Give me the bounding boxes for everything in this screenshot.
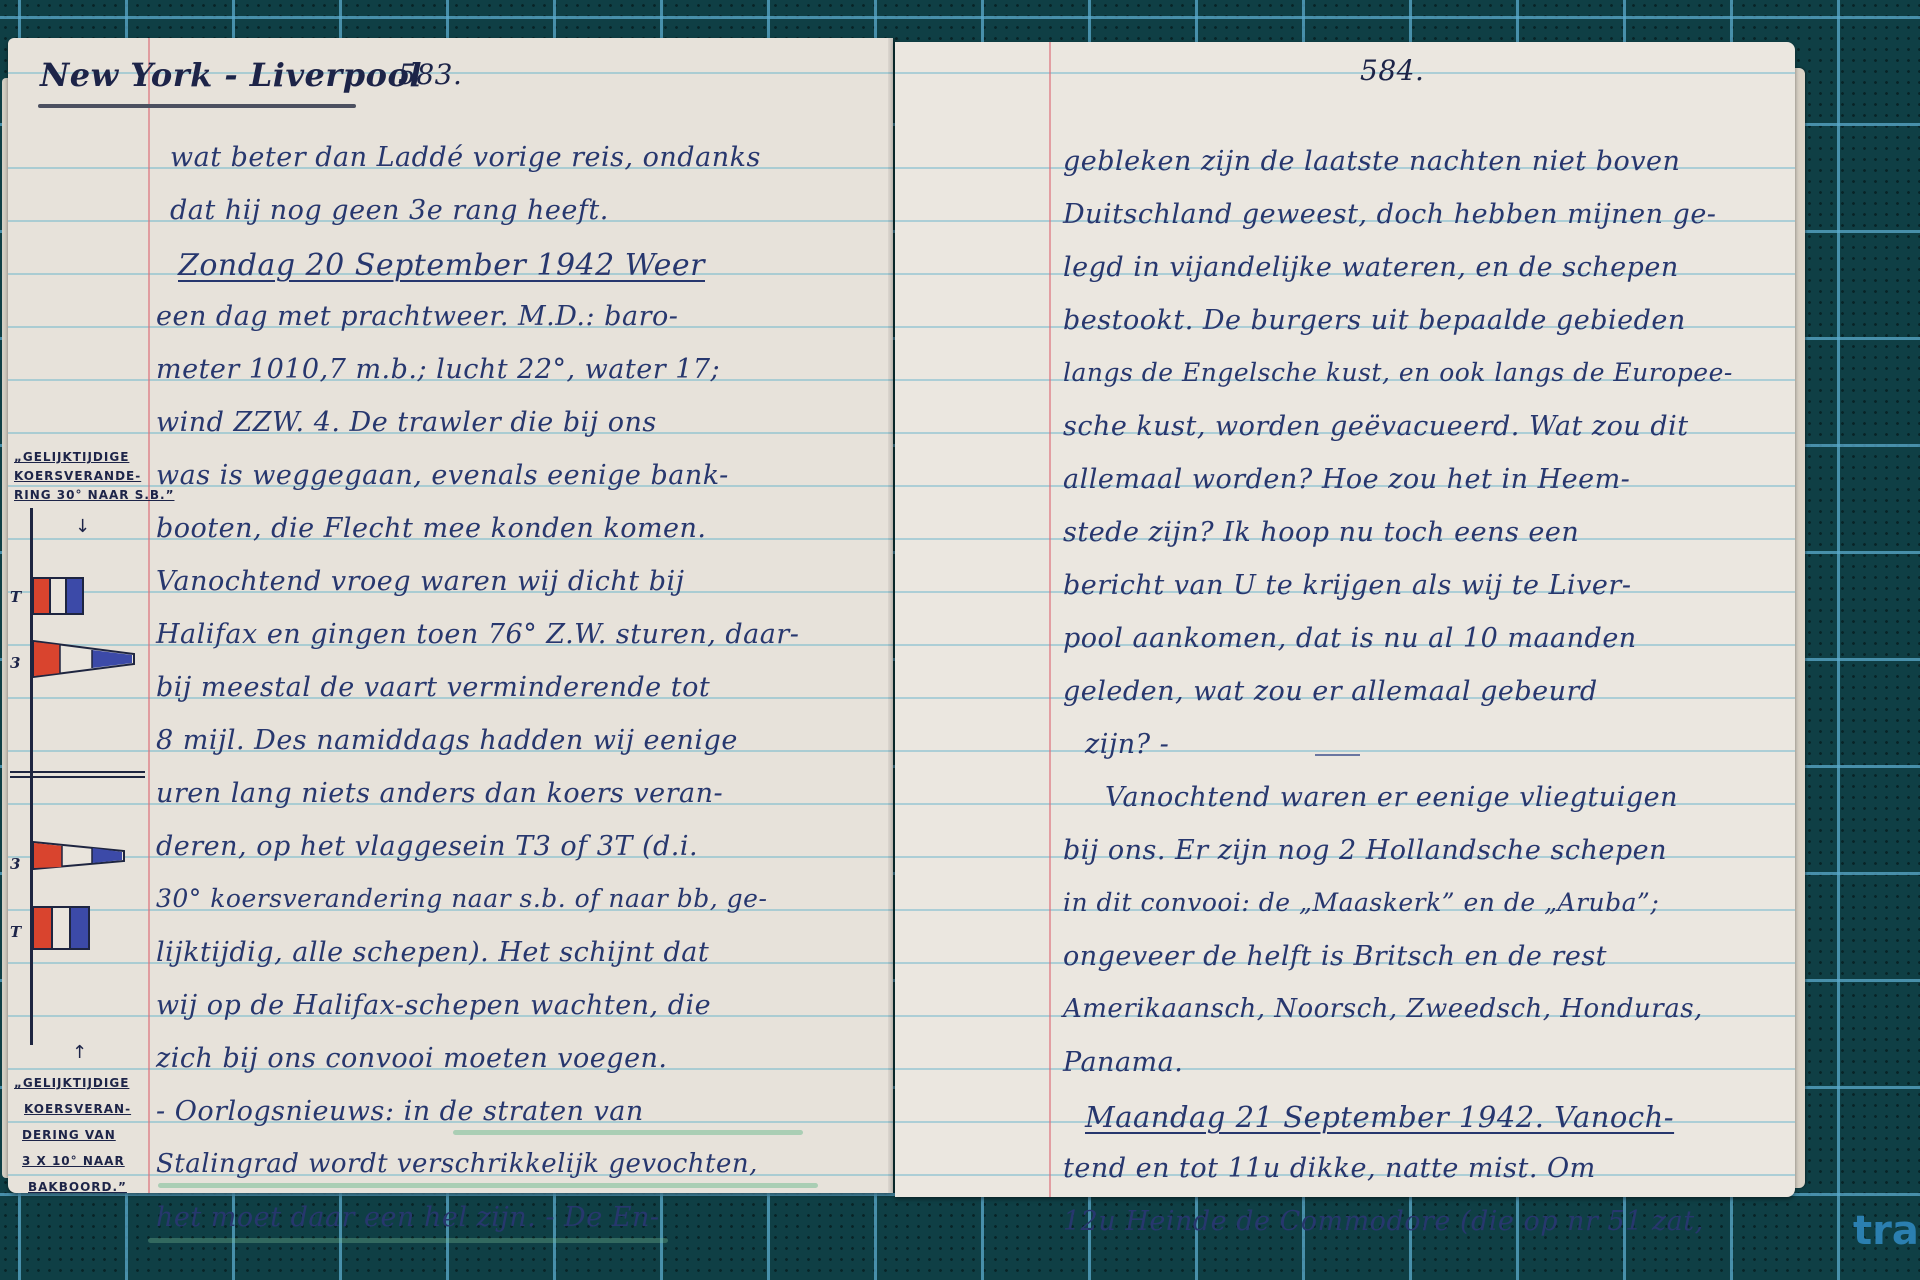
text-line: geleden, wat zou er allemaal gebeurd: [1063, 676, 1598, 707]
right-page: 584. gebleken zijn de laatste nachten ni…: [895, 42, 1795, 1197]
flag-label: T: [10, 923, 21, 941]
margin-line: [148, 38, 150, 1193]
text-line: Amerikaansch, Noorsch, Zweedsch, Hondura…: [1063, 994, 1703, 1024]
text-line: Vanochtend waren er eenige vliegtuigen: [1105, 782, 1678, 813]
open-notebook: New York - Liverpool 583. wat beter dan …: [8, 38, 1808, 1193]
text-line: zich bij ons convooi moeten voegen.: [156, 1043, 668, 1074]
margin-note-line: KOERSVERANDE-: [14, 467, 174, 486]
pennant-3-icon: [32, 640, 136, 678]
text-line: het moet daar een hel zijn. - De En-: [156, 1202, 659, 1233]
text-line: ongeveer de helft is Britsch en de rest: [1063, 941, 1607, 972]
margin-note-line: 3 X 10° NAAR: [14, 1148, 131, 1174]
flag-t-icon: [32, 906, 90, 950]
text-line: wij op de Halifax-schepen wachten, die: [156, 990, 711, 1021]
flag-label: T: [10, 588, 21, 606]
margin-note-line: KOERSVERAN-: [14, 1096, 131, 1122]
text-line: uren lang niets anders dan koers veran-: [156, 778, 723, 809]
text-line: meter 1010,7 m.b.; lucht 22°, water 17;: [156, 354, 720, 385]
arrow-up-icon: ↑: [72, 1042, 87, 1063]
margin-note-line: DERING VAN: [14, 1122, 131, 1148]
text-line: legd in vijandelijke wateren, en de sche…: [1063, 252, 1679, 283]
text-line: - Oorlogsnieuws: in de straten van: [156, 1096, 644, 1127]
date-heading: Maandag 21 September 1942. Vanoch-: [1085, 1100, 1674, 1134]
text-line: allemaal worden? Hoe zou het in Heem-: [1063, 464, 1630, 495]
watermark-logo: tra: [1853, 1208, 1919, 1254]
text-line: Vanochtend vroeg waren wij dicht bij: [156, 566, 685, 597]
margin-note-top: „GELIJKTIJDIGE KOERSVERANDE- RING 30° NA…: [14, 448, 174, 505]
page-number: 583.: [398, 58, 462, 91]
title-underline: [38, 104, 356, 108]
text-line: booten, die Flecht mee konden komen.: [156, 513, 707, 544]
flag-label: 3: [10, 654, 20, 672]
text-line: langs de Engelsche kust, en ook langs de…: [1063, 358, 1733, 387]
green-highlight: [453, 1130, 803, 1135]
flag-t-icon: [32, 577, 84, 615]
dash-mark: [1315, 754, 1360, 756]
text-line: Duitschland geweest, doch hebben mijnen …: [1063, 199, 1716, 230]
text-line: gebleken zijn de laatste nachten niet bo…: [1063, 146, 1680, 177]
left-page: New York - Liverpool 583. wat beter dan …: [8, 38, 893, 1193]
margin-note-line: „GELIJKTIJDIGE: [14, 448, 174, 467]
text-line: tend en tot 11u dikke, natte mist. Om: [1063, 1153, 1596, 1184]
divider: [10, 771, 145, 773]
margin-line: [1049, 42, 1051, 1197]
green-highlight: [158, 1183, 818, 1188]
text-line: Panama.: [1063, 1047, 1183, 1078]
text-line: 12u Heinde de Commodore (die op nr 51 za…: [1063, 1206, 1704, 1237]
margin-note-line: BAKBOORD.”: [14, 1174, 131, 1200]
text-line: was is weggegaan, evenals eenige bank-: [156, 460, 729, 491]
text-line: 30° koersverandering naar s.b. of naar b…: [156, 884, 767, 913]
page-number: 584.: [1360, 54, 1424, 87]
text-line: pool aankomen, dat is nu al 10 maanden: [1063, 623, 1637, 654]
text-line: Halifax en gingen toen 76° Z.W. sturen, …: [156, 619, 799, 650]
page-stack-right: [1795, 68, 1805, 1188]
date-heading: Zondag 20 September 1942 Weer: [178, 248, 705, 283]
text-line: bericht van U te krijgen als wij te Live…: [1063, 570, 1631, 601]
divider: [10, 776, 145, 778]
arrow-down-icon: ↓: [75, 516, 90, 537]
text-line: bestookt. De burgers uit bepaalde gebied…: [1063, 305, 1686, 336]
text-line: wat beter dan Laddé vorige reis, ondanks: [170, 142, 761, 173]
text-line: bij ons. Er zijn nog 2 Hollandsche schep…: [1063, 835, 1667, 866]
text-line: dat hij nog geen 3e rang heeft.: [170, 195, 609, 226]
text-line: deren, op het vlaggesein T3 of 3T (d.i.: [156, 831, 698, 862]
text-line: in dit convooi: de „Maaskerk” en de „Aru…: [1063, 888, 1659, 917]
flag-label: 3: [10, 855, 20, 873]
text-line: lijktijdig, alle schepen). Het schijnt d…: [156, 937, 709, 968]
text-line: 8 mijl. Des namiddags hadden wij eenige: [156, 725, 738, 756]
text-line: sche kust, worden geëvacueerd. Wat zou d…: [1063, 411, 1689, 442]
text-line: zijn? -: [1085, 729, 1169, 760]
margin-note-bottom: „GELIJKTIJDIGE KOERSVERAN- DERING VAN 3 …: [14, 1070, 131, 1200]
green-highlight: [148, 1238, 668, 1243]
text-line: Stalingrad wordt verschrikkelijk gevocht…: [156, 1149, 758, 1179]
margin-note-line: RING 30° NAAR S.B.”: [14, 486, 174, 505]
margin-note-line: „GELIJKTIJDIGE: [14, 1070, 131, 1096]
text-line: een dag met prachtweer. M.D.: baro-: [156, 301, 678, 332]
text-line: bij meestal de vaart verminderende tot: [156, 672, 710, 703]
text-line: stede zijn? Ik hoop nu toch eens een: [1063, 517, 1579, 548]
page-header-title: New York - Liverpool: [40, 56, 422, 94]
pennant-3-icon: [32, 841, 126, 879]
text-line: wind ZZW. 4. De trawler die bij ons: [156, 407, 657, 438]
